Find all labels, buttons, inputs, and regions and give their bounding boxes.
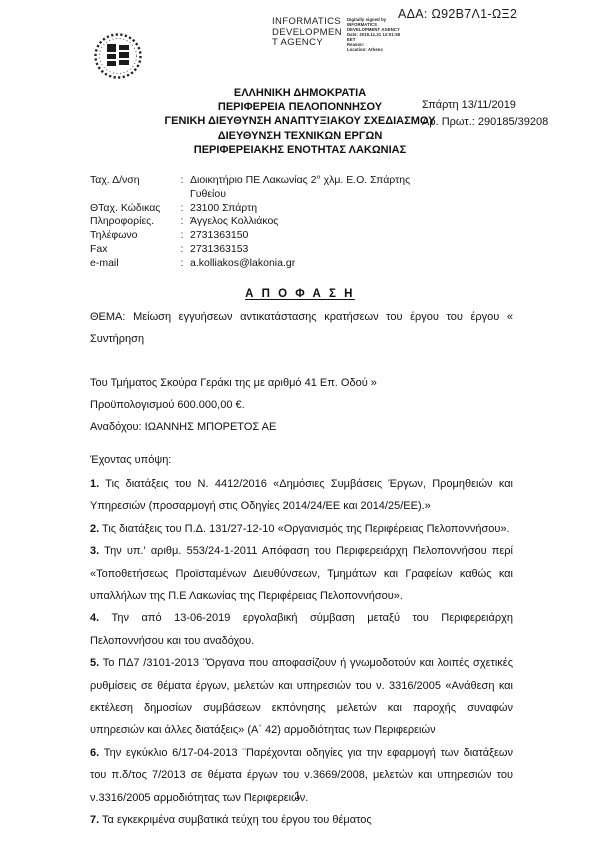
contact-label: Fax <box>90 243 174 257</box>
colon-separator: : <box>174 215 190 229</box>
legal-item: 4. Την από 13-06-2019 εργολαβική σύμβαση… <box>90 607 513 652</box>
item-text: Τις διατάξεις του Ν. 4412/2016 «Δημόσιες… <box>90 478 513 512</box>
colon-separator: : <box>174 257 190 271</box>
contact-row: Πληροφορίες. : Άγγελος Κολλιάκος <box>90 215 418 229</box>
contact-label: Πληροφορίες. <box>90 215 174 229</box>
subject-line: ΘΕΜΑ: Μείωση εγγυήσεων αντικατάστασης κρ… <box>90 306 513 372</box>
contact-label: e-mail <box>90 257 174 271</box>
item-text: Τις διατάξεις του Π.Δ. 131/27-12-10 «Οργ… <box>102 523 510 535</box>
colon-separator: : <box>174 229 190 243</box>
digital-signature-stamp: INFORMATICS DEVELOPMEN T AGENCY Digitall… <box>272 17 439 65</box>
item-number: 6. <box>90 747 99 759</box>
contact-value: 2731363150 <box>190 229 418 243</box>
letterhead-line: ΠΕΡΙΦΕΡΕΙΑΚΗΣ ΕΝΟΤΗΤΑΣ ΛΑΚΩΝΙΑΣ <box>88 143 512 157</box>
signature-agency-name: INFORMATICS DEVELOPMEN T AGENCY <box>272 17 342 65</box>
item-text: Το ΠΔ7 /3101-2013 ¨Όργανα που αποφασίζου… <box>90 657 513 736</box>
legal-item: 7. Τα εγκεκριμένα συμβατικά τεύχη του έρ… <box>90 809 513 831</box>
agency-name-line: INFORMATICS <box>272 17 342 28</box>
page-number: 1 <box>0 790 595 802</box>
item-number: 2. <box>90 523 99 535</box>
item-text: Τα εγκεκριμένα συμβατικά τεύχη του έργου… <box>102 814 372 826</box>
having-regard-line: Έχοντας υπόψη: <box>90 449 513 471</box>
signature-detail-line: Location: Athens <box>347 47 439 52</box>
item-number: 5. <box>90 657 99 669</box>
contact-info-table: Ταχ. Δ/νση : Διοικητήριο ΠΕ Λακωνίας 2° … <box>90 174 418 271</box>
contact-value: 2731363153 <box>190 243 418 257</box>
place-date: Σπάρτη 13/11/2019 <box>422 97 548 114</box>
colon-separator: : <box>174 243 190 257</box>
contact-value: a.kolliakos@lakonia.gr <box>190 257 418 271</box>
contact-label: ΘΤαχ. Κώδικας <box>90 202 174 216</box>
decision-body: ΘΕΜΑ: Μείωση εγγυήσεων αντικατάστασης κρ… <box>90 306 513 832</box>
contact-row: Ταχ. Δ/νση : Διοικητήριο ΠΕ Λακωνίας 2° … <box>90 174 418 202</box>
protocol-number: Αρ. Πρωτ.: 290185/39208 <box>422 114 548 131</box>
legal-item: 5. Το ΠΔ7 /3101-2013 ¨Όργανα που αποφασί… <box>90 652 513 742</box>
contact-row: Τηλέφωνο : 2731363150 <box>90 229 418 243</box>
decision-title: Α Π Ο Φ Α Σ Η <box>88 284 512 302</box>
signature-details: Digitally signed by INFORMATICS DEVELOPM… <box>347 17 439 65</box>
subject-paragraph: ΘΕΜΑ: Μείωση εγγυήσεων αντικατάστασης κρ… <box>90 306 513 394</box>
agency-name-line: T AGENCY <box>272 38 342 49</box>
colon-separator: : <box>174 174 190 202</box>
legal-item: 1. Τις διατάξεις του Ν. 4412/2016 «Δημόσ… <box>90 473 513 518</box>
item-number: 4. <box>90 612 99 624</box>
contact-label: Ταχ. Δ/νση <box>90 174 174 202</box>
contractor-line: Αναδόχου: ΙΩΑΝΝΗΣ ΜΠΟΡΕΤΟΣ ΑΕ <box>90 416 513 438</box>
document-page: ΑΔΑ: Ω92Β7Λ1-ΩΞ2 INFORMATICS DEVELOPMEN … <box>0 0 595 842</box>
contact-label: Τηλέφωνο <box>90 229 174 243</box>
contact-row: e-mail : a.kolliakos@lakonia.gr <box>90 257 418 271</box>
contact-value: 23100 Σπάρτη <box>190 202 418 216</box>
legal-items-list: 1. Τις διατάξεις του Ν. 4412/2016 «Δημόσ… <box>90 473 513 832</box>
item-number: 1. <box>90 478 99 490</box>
date-protocol-block: Σπάρτη 13/11/2019 Αρ. Πρωτ.: 290185/3920… <box>422 97 548 131</box>
item-text: Την υπ.' αριθμ. 553/24-1-2011 Απόφαση το… <box>90 545 513 602</box>
item-number: 3. <box>90 545 99 557</box>
legal-item: 3. Την υπ.' αριθμ. 553/24-1-2011 Απόφαση… <box>90 540 513 607</box>
contact-row: Fax : 2731363153 <box>90 243 418 257</box>
hellenic-republic-emblem-icon <box>92 31 144 81</box>
budget-line: Προϋπολογισμού 600.000,00 €. <box>90 394 513 416</box>
item-number: 7. <box>90 814 99 826</box>
contact-value: Άγγελος Κολλιάκος <box>190 215 418 229</box>
subject-line: Του Τμήματος Σκούρα Γεράκι της με αριθμό… <box>90 372 513 394</box>
item-text: Την από 13-06-2019 εργολαβική σύμβαση με… <box>90 612 513 646</box>
colon-separator: : <box>174 202 190 216</box>
contact-row: ΘΤαχ. Κώδικας : 23100 Σπάρτη <box>90 202 418 216</box>
contact-value: Διοικητήριο ΠΕ Λακωνίας 2° χλμ. Ε.Ο. Σπά… <box>190 174 418 202</box>
legal-item: 2. Τις διατάξεις του Π.Δ. 131/27-12-10 «… <box>90 518 513 540</box>
